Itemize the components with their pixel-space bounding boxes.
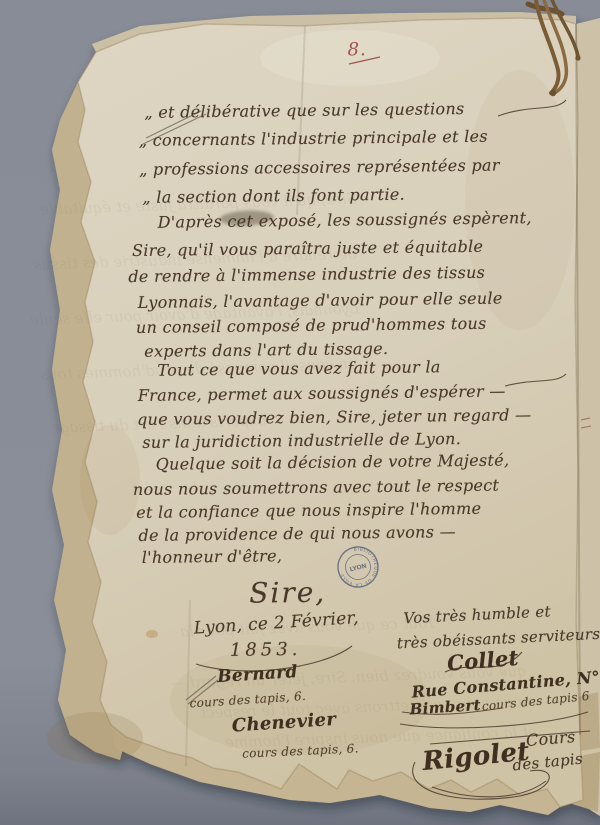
page-number: 8. <box>347 39 366 60</box>
body-line: un conseil composé de prud'hommes tous <box>136 314 487 337</box>
stamp-center-text: LYON <box>349 562 367 573</box>
signature-name: Bimbert <box>409 696 481 719</box>
body-line: de la providence de qui nous avons — <box>138 522 456 545</box>
body-line: „ et délibérative que sur les questions <box>144 99 464 122</box>
valediction-line: Vos très humble et <box>403 602 551 627</box>
body-line: France, permet aux soussignés d'espérer … <box>138 381 506 404</box>
dateline-year: 1853. <box>230 639 302 661</box>
signature-address: cours des tapis, 6. <box>189 689 306 710</box>
signature-name: Bernard <box>217 662 299 687</box>
signature-name: Collet <box>446 645 519 676</box>
body-line: „ la section dont ils font partie. <box>142 185 405 207</box>
body-line: Quelque soit la décision de votre Majest… <box>156 450 510 473</box>
body-line: Sire, qu'il vous paraîtra juste et équit… <box>132 237 483 260</box>
dateline-place-date: Lyon, ce 2 Février, <box>193 608 359 639</box>
body-line: sur la juridiction industrielle de Lyon. <box>142 429 461 452</box>
signature-address: cours des tapis, 6. <box>242 741 359 760</box>
body-line: Tout ce que vous avez fait pour la <box>157 357 440 379</box>
body-line: nous nous soumettrons avec tout le respe… <box>133 476 500 499</box>
body-line: l'honneur d'être, <box>142 546 283 567</box>
body-line: „ concernants l'industrie principale et … <box>139 127 488 150</box>
body-line: D'après cet exposé, les soussignés espèr… <box>158 208 532 232</box>
signature-address: Cours <box>525 727 576 750</box>
signature-name: Chenevier <box>231 709 336 737</box>
salutation: Sire, <box>249 576 326 610</box>
body-line: que vous voudrez bien, Sire, jeter un re… <box>137 405 532 429</box>
body-line: de rendre à l'immense industrie des tiss… <box>128 263 485 286</box>
manuscript-scan: Sire, qu'il vous paraîtra juste et équit… <box>0 0 600 825</box>
letter-text-layer: 8. „ et délibérative que sur les questio… <box>0 0 600 825</box>
body-line: et la confiance que nous inspire l'homme <box>136 499 481 522</box>
body-line: Lyonnais, l'avantage d'avoir pour elle s… <box>138 289 503 312</box>
body-line: „ professions accessoires représentées p… <box>139 156 500 179</box>
